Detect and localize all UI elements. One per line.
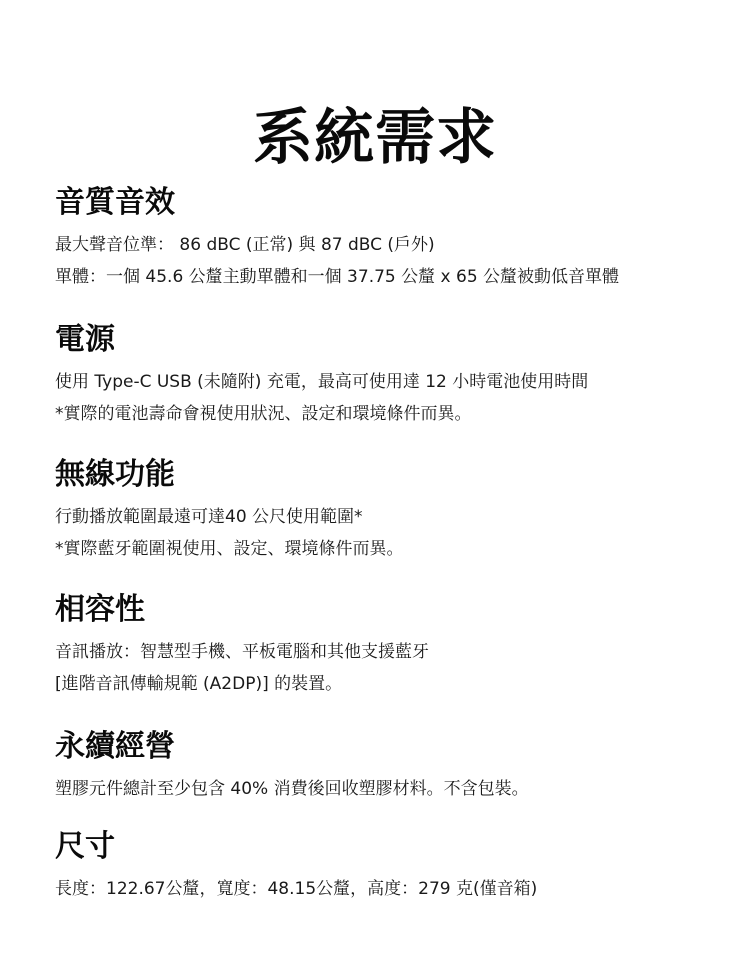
section-wireless: 無線功能 行動播放範圍最遠可達40 公尺使用範圍* *實際藍牙範圍視使用、設定、… [55,455,710,565]
section-heading: 無線功能 [55,455,710,495]
section-dimensions: 尺寸 長度：122.67公釐，寬度：48.15公釐，高度：279 克(僅音箱) [55,827,710,905]
spec-dimensions: 長度：122.67公釐，寬度：48.15公釐，高度：279 克(僅音箱) [55,873,710,905]
section-heading: 電源 [55,320,710,360]
spec-a2dp: [進階音訊傳輸規範 (A2DP)] 的裝置。 [55,668,710,700]
spec-recycled-plastic: 塑膠元件總計至少包含 40% 消費後回收塑膠材料。不含包裝。 [55,773,710,805]
section-heading: 尺寸 [55,827,710,867]
spec-charging: 使用 Type-C USB (未隨附) 充電，最高可使用達 12 小時電池使用時… [55,366,710,398]
spec-range-note: *實際藍牙範圍視使用、設定、環境條件而異。 [55,533,710,565]
section-power: 電源 使用 Type-C USB (未隨附) 充電，最高可使用達 12 小時電池… [55,320,710,430]
section-heading: 永續經營 [55,727,710,767]
spec-drivers: 單體：一個 45.6 公釐主動單體和一個 37.75 公釐 x 65 公釐被動低… [55,261,710,293]
section-compatibility: 相容性 音訊播放：智慧型手機、平板電腦和其他支援藍牙 [進階音訊傳輸規範 (A2… [55,590,710,700]
page-title: 系統需求 [0,102,750,174]
section-sustainability: 永續經營 塑膠元件總計至少包含 40% 消費後回收塑膠材料。不含包裝。 [55,727,710,805]
spec-audio-playback: 音訊播放：智慧型手機、平板電腦和其他支援藍牙 [55,636,710,668]
section-heading: 音質音效 [55,183,710,223]
spec-range: 行動播放範圍最遠可達40 公尺使用範圍* [55,501,710,533]
section-heading: 相容性 [55,590,710,630]
spec-max-sound-level: 最大聲音位準： 86 dBC (正常) 與 87 dBC (戶外) [55,229,710,261]
spec-battery-note: *實際的電池壽命會視使用狀況、設定和環境條件而異。 [55,398,710,430]
section-audio-quality: 音質音效 最大聲音位準： 86 dBC (正常) 與 87 dBC (戶外) 單… [55,183,710,293]
